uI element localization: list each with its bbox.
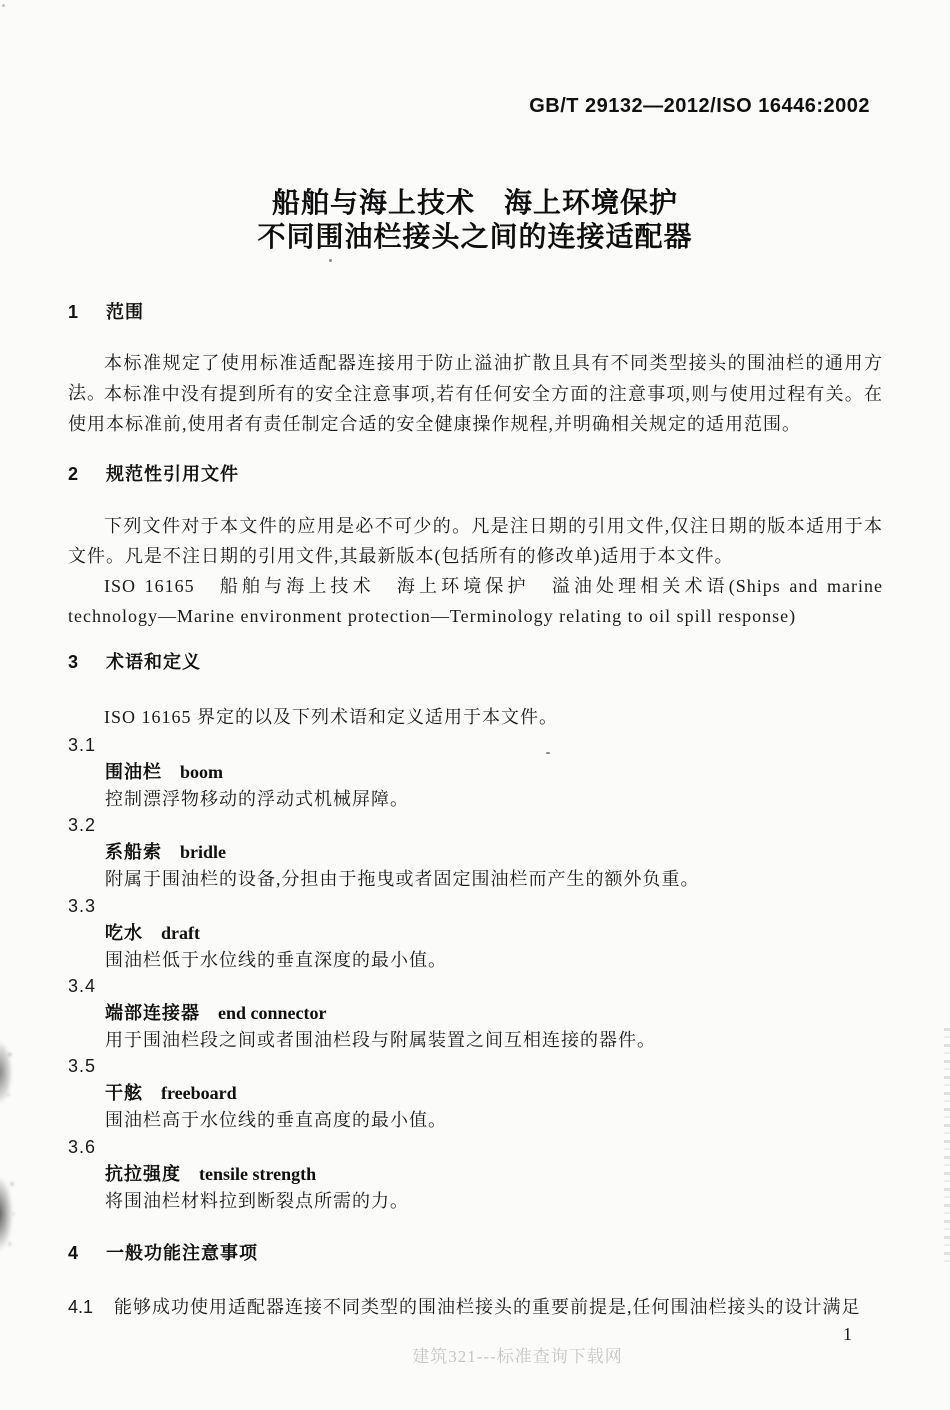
term-3-4-number: 3.4 [68, 972, 883, 1000]
term-3-4: 3.4 端部连接器end connector 用于围油栏段之间或者围油栏段与附属… [68, 972, 883, 1053]
scan-noise-right-edge [944, 1028, 950, 1263]
section-1-paragraph-2: 本标准中没有提到所有的安全注意事项,若有任何安全方面的注意事项,则与使用过程有关… [68, 379, 883, 439]
term-3-5-number: 3.5 [68, 1052, 883, 1080]
term-3-2-number: 3.2 [68, 811, 883, 839]
term-3-2-en: bridle [180, 842, 226, 862]
document-title: 船舶与海上技术 海上环境保护 不同围油栏接头之间的连接适配器 [0, 186, 950, 254]
term-3-6-definition: 将围油栏材料拉到断裂点所需的力。 [68, 1188, 883, 1214]
section-1-title: 范围 [106, 302, 144, 322]
section-3-intro: ISO 16165 界定的以及下列术语和定义适用于本文件。 [68, 702, 883, 732]
watermark-text: 建筑321---标准查询下载网 [110, 1346, 925, 1368]
term-3-6-number: 3.6 [68, 1133, 883, 1161]
section-2-number: 2 [68, 461, 106, 487]
clause-4-1-text: 能够成功使用适配器连接不同类型的围油栏接头的重要前提是,任何围油栏接头的设计满足 [114, 1297, 861, 1317]
term-3-1-zh: 围油栏 [105, 762, 162, 782]
term-3-1-number: 3.1 [68, 731, 883, 759]
term-3-4-zh: 端部连接器 [105, 1003, 200, 1023]
section-1-number: 1 [68, 299, 106, 325]
term-3-3-definition: 围油栏低于水位线的垂直深度的最小值。 [68, 947, 883, 973]
term-3-4-definition: 用于围油栏段之间或者围油栏段与附属装置之间互相连接的器件。 [68, 1027, 883, 1053]
page-number: 1 [843, 1322, 852, 1346]
clause-4-1: 4.1能够成功使用适配器连接不同类型的围油栏接头的重要前提是,任何围油栏接头的设… [68, 1292, 883, 1322]
section-4-heading: 4一般功能注意事项 [68, 1240, 883, 1266]
section-4-number: 4 [68, 1240, 106, 1266]
section-4-title: 一般功能注意事项 [106, 1243, 258, 1263]
term-3-5-en: freeboard [161, 1083, 237, 1103]
term-3-3-name: 吃水draft [68, 920, 883, 947]
term-3-5-zh: 干舷 [105, 1083, 143, 1103]
title-line-2: 不同围油栏接头之间的连接适配器 [0, 220, 950, 254]
term-3-6: 3.6 抗拉强度tensile strength 将围油栏材料拉到断裂点所需的力… [68, 1133, 883, 1214]
term-3-4-en: end connector [218, 1003, 326, 1023]
scan-smudge-left-upper [0, 1032, 22, 1122]
term-3-5: 3.5 干舷freeboard 围油栏高于水位线的垂直高度的最小值。 [68, 1052, 883, 1133]
scan-speck [2, 4, 5, 7]
term-3-6-zh: 抗拉强度 [105, 1164, 181, 1184]
term-3-2-definition: 附属于围油栏的设备,分担由于拖曳或者固定围油栏而产生的额外负重。 [68, 866, 883, 892]
section-2-reference: ISO 16165 船舶与海上技术 海上环境保护 溢油处理相关术语(Ships … [68, 571, 883, 631]
term-3-1-definition: 控制漂浮物移动的浮动式机械屏障。 [68, 786, 883, 812]
term-3-3-zh: 吃水 [105, 923, 143, 943]
term-3-5-definition: 围油栏高于水位线的垂直高度的最小值。 [68, 1107, 883, 1133]
clause-4-1-number: 4.1 [68, 1292, 114, 1322]
section-3-title: 术语和定义 [106, 652, 201, 672]
term-3-3-en: draft [161, 923, 200, 943]
section-3-heading: 3术语和定义 [68, 649, 883, 675]
section-2-paragraph-1: 下列文件对于本文件的应用是必不可少的。凡是注日期的引用文件,仅注日期的版本适用于… [68, 511, 883, 571]
term-3-3: 3.3 吃水draft 围油栏低于水位线的垂直深度的最小值。 [68, 892, 883, 973]
term-3-2-zh: 系船索 [105, 842, 162, 862]
title-line-1: 船舶与海上技术 海上环境保护 [0, 186, 950, 220]
standard-code: GB/T 29132—2012/ISO 16446:2002 [529, 94, 870, 118]
section-3-number: 3 [68, 649, 106, 675]
term-3-3-number: 3.3 [68, 892, 883, 920]
term-3-1-en: boom [180, 762, 223, 782]
section-2-title: 规范性引用文件 [106, 464, 239, 484]
term-3-2-name: 系船索bridle [68, 839, 883, 866]
document-page: GB/T 29132—2012/ISO 16446:2002 船舶与海上技术 海… [0, 0, 950, 1410]
term-3-1: 3.1 围油栏boom 控制漂浮物移动的浮动式机械屏障。 [68, 731, 883, 812]
scan-smudge-left-lower [0, 1148, 24, 1268]
term-3-6-en: tensile strength [199, 1164, 316, 1184]
term-3-4-name: 端部连接器end connector [68, 1000, 883, 1027]
term-3-1-name: 围油栏boom [68, 759, 883, 786]
section-2-heading: 2规范性引用文件 [68, 461, 883, 487]
term-3-6-name: 抗拉强度tensile strength [68, 1161, 883, 1188]
term-3-2: 3.2 系船索bridle 附属于围油栏的设备,分担由于拖曳或者固定围油栏而产生… [68, 811, 883, 892]
scan-speck [329, 259, 332, 262]
term-3-5-name: 干舷freeboard [68, 1080, 883, 1107]
section-1-heading: 1范围 [68, 299, 883, 325]
